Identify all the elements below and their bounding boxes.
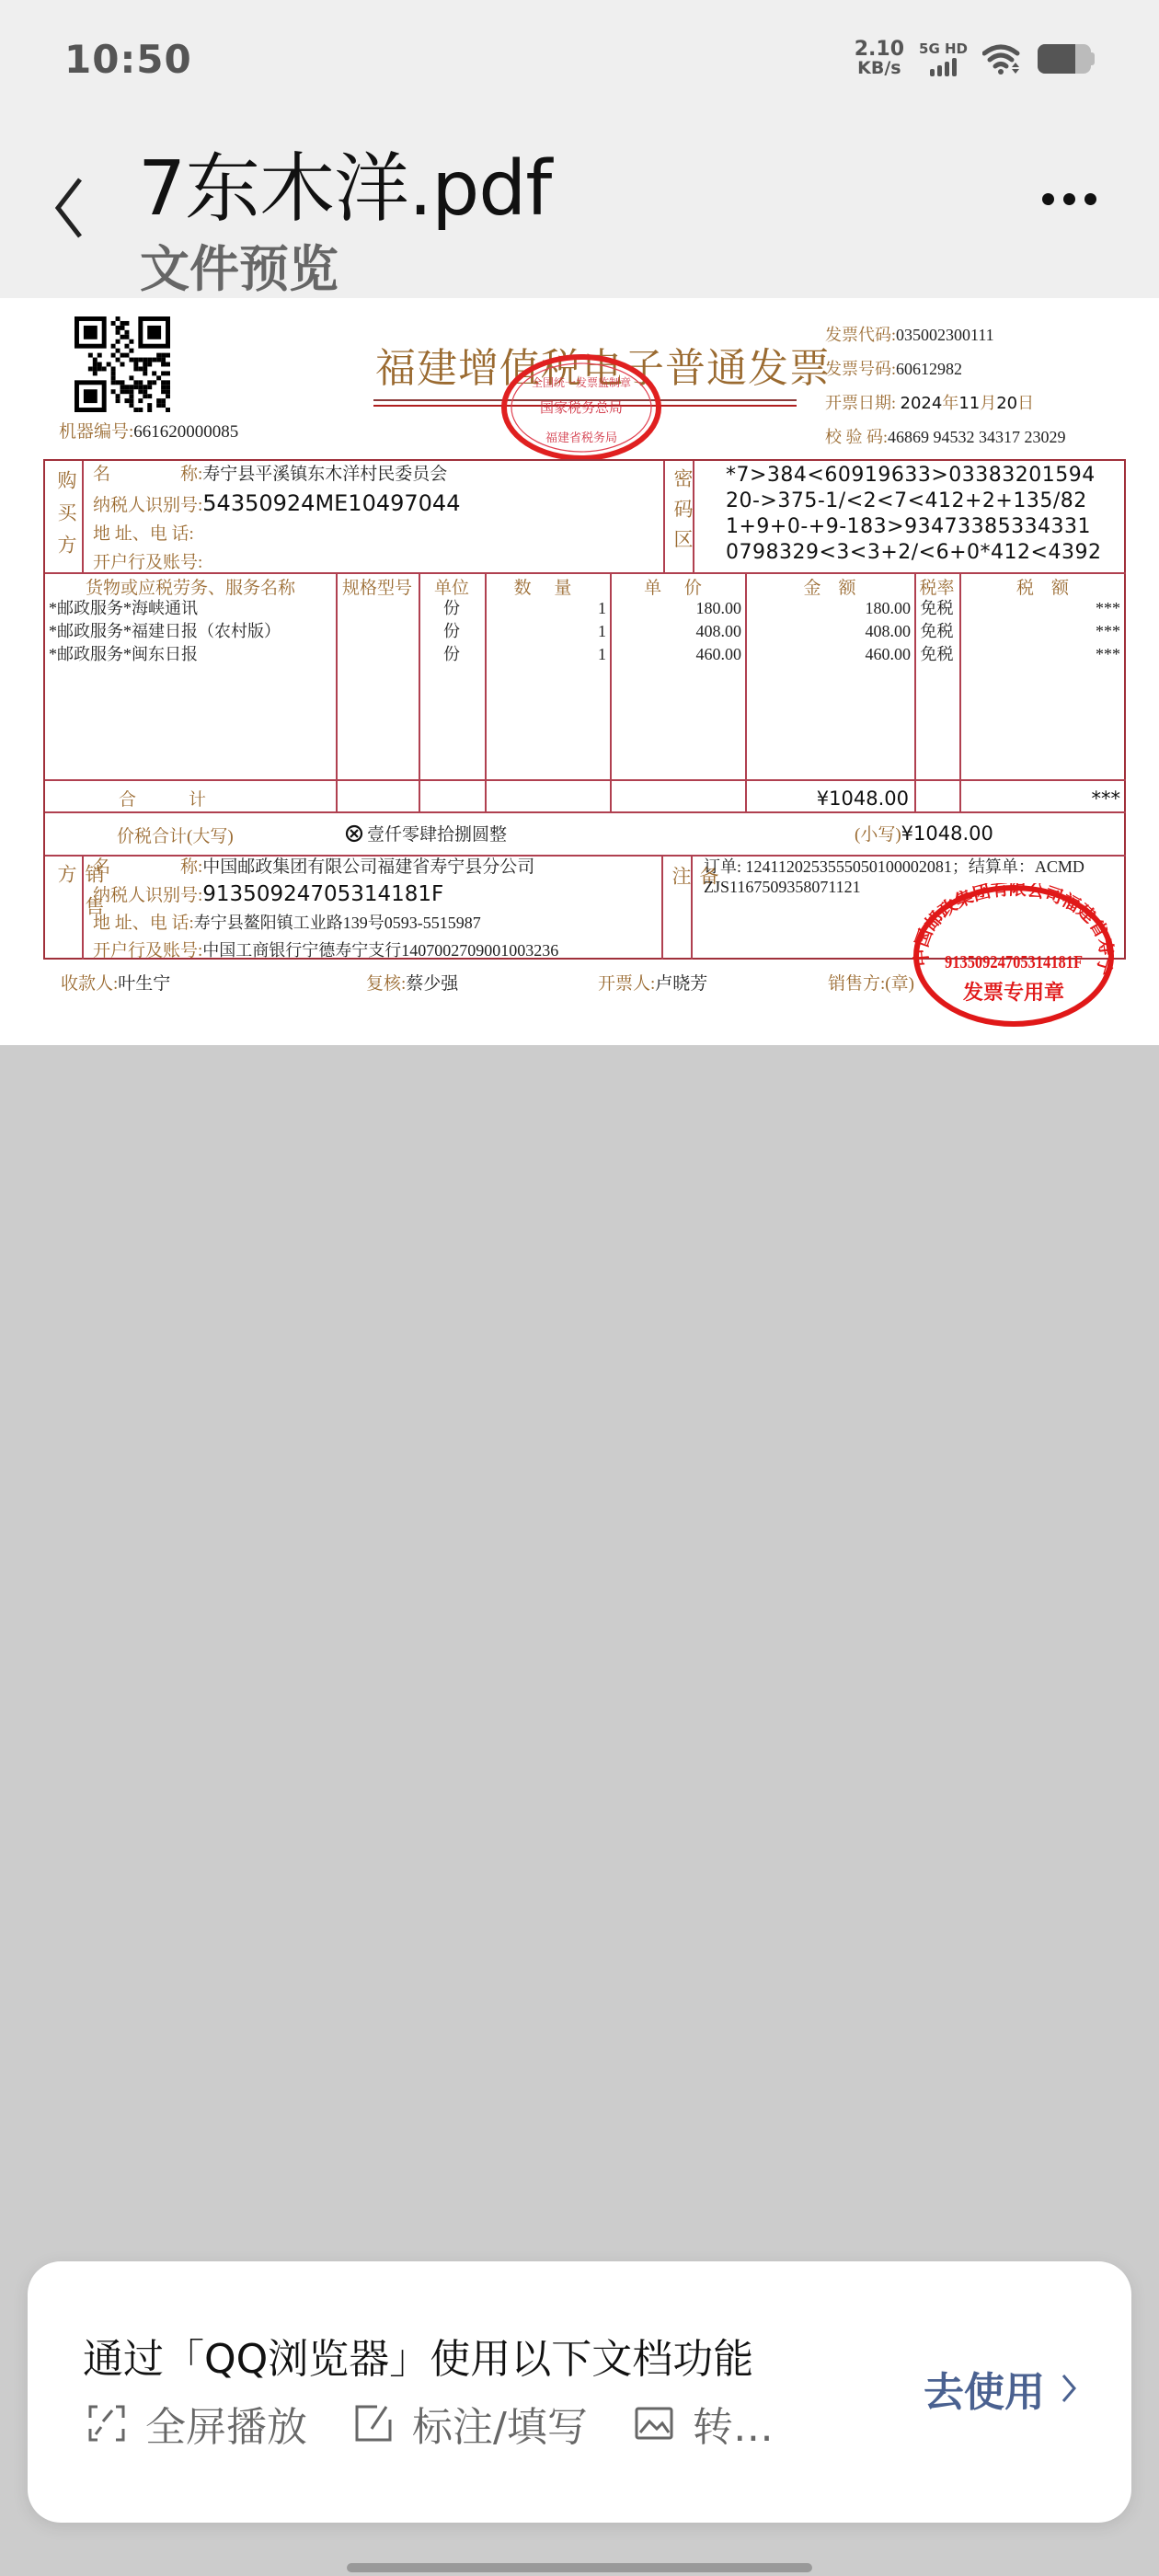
item-rate: 免税 xyxy=(914,643,959,666)
total-amount: ¥1048.00 xyxy=(745,788,909,810)
col-name: 货物或应税劳务、服务名称 xyxy=(45,574,336,599)
seller-bank: 中国工商银行宁德寿宁支行1407002709001003236 xyxy=(202,941,558,960)
item-rate: 免税 xyxy=(914,597,959,620)
item-price: 180.00 xyxy=(610,597,741,620)
buyer-name: 寿宁县平溪镇东木洋村民委员会 xyxy=(202,465,447,484)
invoice-meta: 发票代码:035002300111 发票号码:60612982 开票日期: 20… xyxy=(825,318,1066,454)
password-area-label: 密码区 xyxy=(669,468,696,559)
edit-icon xyxy=(351,2401,396,2445)
invoice-date: 开票日期: 2024年11月20日 xyxy=(825,386,1066,420)
drawer: 开票人:卢晓芳 xyxy=(598,970,707,995)
col-unit: 单位 xyxy=(419,574,485,599)
svg-text:发票专用章: 发票专用章 xyxy=(963,981,1064,1004)
file-title: 7东木洋.pdf xyxy=(138,129,551,236)
item-qty: 1 xyxy=(485,597,606,620)
go-use-button[interactable]: 去使用 xyxy=(924,2359,1078,2418)
network-speed: 2.10 KB/s xyxy=(855,40,904,77)
item-name: *邮政服务*福建日报（农村版） xyxy=(49,620,334,643)
qq-browser-promo-panel: 通过「QQ浏览器」使用以下文档功能 全屏播放 标注/填写 转… 去使用 xyxy=(28,2261,1131,2523)
item-unit: 份 xyxy=(419,597,485,620)
seller-info: 名 称:中国邮政集团有限公司福建省寿宁县分公司 纳税人识别号:913509247… xyxy=(93,855,558,965)
col-amount: 金 额 xyxy=(745,574,914,599)
reviewer: 复核:蔡少强 xyxy=(366,970,458,995)
battery-icon xyxy=(1038,44,1095,74)
file-subtitle: 文件预览 xyxy=(140,230,339,301)
col-tax: 税 额 xyxy=(959,574,1126,599)
more-horizontal-icon xyxy=(1042,193,1054,205)
grand-total-label: 价税合计(大写) xyxy=(117,822,234,847)
svg-text:全国统一发票监制章: 全国统一发票监制章 xyxy=(532,375,631,389)
item-qty: 1 xyxy=(485,620,606,643)
chevron-left-icon xyxy=(51,176,87,240)
more-button[interactable] xyxy=(1042,193,1096,205)
svg-text:福建省税务局: 福建省税务局 xyxy=(545,431,617,444)
item-rate: 免税 xyxy=(914,620,959,643)
buyer-info: 名 称:寿宁县平溪镇东木洋村民委员会 纳税人识别号:54350924ME1049… xyxy=(93,461,460,578)
col-qty: 数 量 xyxy=(485,574,610,599)
status-icons: 2.10 KB/s 5G HD xyxy=(855,40,1095,77)
seller-seal-label: 销售方:(章) xyxy=(828,970,914,995)
circled-x-icon xyxy=(345,824,363,843)
top-bar: 10:50 2.10 KB/s 5G HD 7东木洋.pdf 文件预览 xyxy=(0,0,1159,298)
item-price: 408.00 xyxy=(610,620,741,643)
payee: 收款人:叶生宁 xyxy=(61,970,170,995)
total-tax: *** xyxy=(959,788,1120,810)
tax-bureau-seal-icon: 全国统一发票监制章 国家税务总局 福建省税务局 xyxy=(500,353,662,462)
buyer-tax-id: 54350924ME10497044 xyxy=(202,490,460,516)
col-price: 单 价 xyxy=(610,574,745,599)
wifi-icon xyxy=(982,42,1023,75)
svg-text:国家税务总局: 国家税务总局 xyxy=(540,400,623,416)
item-amount: 180.00 xyxy=(745,597,911,620)
svg-text:91350924705314181F: 91350924705314181F xyxy=(945,952,1083,972)
cellular-signal-icon: 5G HD xyxy=(919,41,968,76)
feature-list: 全屏播放 标注/填写 转… xyxy=(85,2394,774,2453)
col-spec: 规格型号 xyxy=(336,574,419,599)
qr-code xyxy=(74,316,171,412)
item-qty: 1 xyxy=(485,643,606,666)
seller-tax-id: 91350924705314181F xyxy=(202,882,443,906)
home-indicator[interactable] xyxy=(347,2563,812,2572)
invoice-code: 发票代码:035002300111 xyxy=(825,318,1066,352)
chevron-right-icon xyxy=(1060,2370,1078,2407)
feature-convert[interactable]: 转… xyxy=(632,2394,774,2453)
check-code: 校 验 码:46869 94532 34317 23029 xyxy=(825,420,1066,454)
machine-number: 机器编号:661620000085 xyxy=(59,418,238,443)
fullscreen-icon xyxy=(85,2401,129,2445)
seller-address: 寿宁县鳌阳镇工业路139号0593-5515987 xyxy=(194,914,481,932)
back-button[interactable] xyxy=(46,171,92,245)
promo-title: 通过「QQ浏览器」使用以下文档功能 xyxy=(83,2326,753,2385)
col-rate: 税率 xyxy=(914,574,959,599)
item-tax: *** xyxy=(959,597,1120,620)
item-price: 460.00 xyxy=(610,643,741,666)
item-unit: 份 xyxy=(419,620,485,643)
total-label: 合 计 xyxy=(119,786,206,811)
item-amount: 460.00 xyxy=(745,643,911,666)
item-tax: *** xyxy=(959,643,1120,666)
item-unit: 份 xyxy=(419,643,485,666)
invoice-number: 发票号码:60612982 xyxy=(825,352,1066,386)
image-icon xyxy=(632,2401,676,2445)
grand-total-small: (小写)¥1048.00 xyxy=(855,821,993,845)
invoice-seal-icon: 中国邮政集团有限公司福建省寿宁县分公司 91350924705314181F 发… xyxy=(911,883,1117,1029)
seller-name: 中国邮政集团有限公司福建省寿宁县分公司 xyxy=(202,857,534,877)
grand-total-words: 壹仟零肆拾捌圆整 xyxy=(345,821,507,845)
buyer-label: 购买方 xyxy=(52,470,80,567)
item-name: *邮政服务*海峡通讯 xyxy=(49,597,334,620)
status-time: 10:50 xyxy=(64,37,192,82)
item-name: *邮政服务*闽东日报 xyxy=(49,643,334,666)
feature-annotate[interactable]: 标注/填写 xyxy=(351,2394,588,2453)
feature-fullscreen[interactable]: 全屏播放 xyxy=(85,2394,307,2453)
item-amount: 408.00 xyxy=(745,620,911,643)
password-area: *7>384<60919633>03383201594 20->375-1/<2… xyxy=(726,463,1101,566)
invoice-document: 机器编号:661620000085 福建增值税电子普通发票 全国统一发票监制章 … xyxy=(0,298,1159,1045)
item-tax: *** xyxy=(959,620,1120,643)
